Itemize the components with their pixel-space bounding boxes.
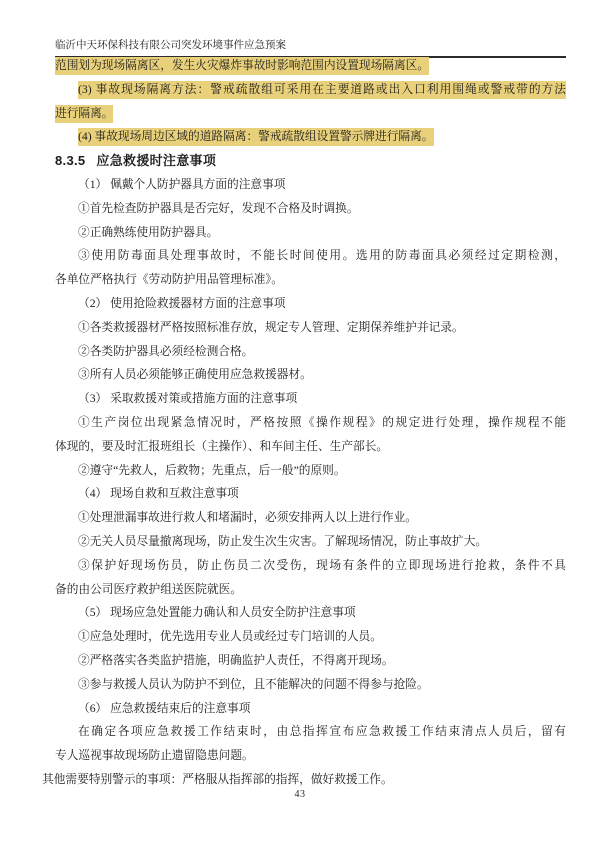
header-title: 临沂中天环保科技有限公司突发环境事件应急预案 bbox=[55, 40, 286, 51]
page-footer: 43 bbox=[0, 789, 600, 800]
text-line: （2） 使用抢险救援器材方面的注意事项 bbox=[55, 292, 566, 316]
highlight: 进行隔离。 bbox=[55, 105, 113, 123]
text-line: 在确定各项应急救援工作结束时，由总指挥宣布应急救援工作结束清点人员后，留有 bbox=[55, 720, 566, 744]
text-line: （3） 采取救援对策或措施方面的注意事项 bbox=[55, 387, 566, 411]
text-line: ①应急处理时，优先选用专业人员或经过专门培训的人员。 bbox=[55, 625, 566, 649]
highlight: (4) 事故现场周边区域的道路隔离：警戒疏散组设置警示牌进行隔离。 bbox=[78, 128, 434, 146]
text-line: （1） 佩戴个人防护器具方面的注意事项 bbox=[55, 173, 566, 197]
highlight: 范围划为现场隔离区，发生火灾爆炸事故时影响范围内设置现场隔离区。 bbox=[55, 57, 429, 75]
text-line: ②正确熟练使用防护器具。 bbox=[55, 221, 566, 245]
text-line: ①处理泄漏事故进行救人和堵漏时，必须安排两人以上进行作业。 bbox=[55, 506, 566, 530]
document-body: 范围划为现场隔离区，发生火灾爆炸事故时影响范围内设置现场隔离区。(3) 事故现场… bbox=[55, 54, 566, 792]
text-line: ①生产岗位出现紧急情况时，严格按照《操作规程》的规定进行处理，操作规程不能 bbox=[55, 411, 566, 435]
text-line: 范围划为现场隔离区，发生火灾爆炸事故时影响范围内设置现场隔离区。 bbox=[55, 54, 566, 78]
text-line: 进行隔离。 bbox=[55, 102, 566, 126]
text-line: ①各类救援器材严格按照标准存放，规定专人管理、定期保养维护并记录。 bbox=[55, 316, 566, 340]
text-line: 备的由公司医疗救护组送医院就医。 bbox=[55, 578, 566, 602]
text-line: （5） 现场应急处置能力确认和人员安全防护注意事项 bbox=[55, 601, 566, 625]
text-line: ②严格落实各类监护措施，明确监护人责任，不得离开现场。 bbox=[55, 649, 566, 673]
text-line: (4) 事故现场周边区域的道路隔离：警戒疏散组设置警示牌进行隔离。 bbox=[55, 125, 566, 149]
text-line: ③参与救援人员认为防护不到位，且不能解决的问题不得参与抢险。 bbox=[55, 673, 566, 697]
page-number: 43 bbox=[295, 789, 306, 800]
text-line: ②无关人员尽量撤离现场，防止发生次生灾害。了解现场情况，防止事故扩大。 bbox=[55, 530, 566, 554]
text-line: ③保护好现场伤员，防止伤员二次受伤，现场有条件的立即现场进行抢救，条件不具 bbox=[55, 554, 566, 578]
section-heading: 8.3.5应急救援时注意事项 bbox=[55, 149, 566, 173]
text-line: ①首先检查防护器具是否完好，发现不合格及时调换。 bbox=[55, 197, 566, 221]
text-line: 专人巡视事故现场防止遗留隐患问题。 bbox=[55, 744, 566, 768]
section-title: 应急救援时注意事项 bbox=[96, 153, 216, 168]
document-page: 临沂中天环保科技有限公司突发环境事件应急预案 范围划为现场隔离区，发生火灾爆炸事… bbox=[0, 0, 600, 848]
section-number: 8.3.5 bbox=[55, 153, 85, 168]
text-line: （4） 现场自救和互救注意事项 bbox=[55, 482, 566, 506]
text-line: 各单位严格执行《劳动防护用品管理标准》。 bbox=[55, 268, 566, 292]
text-line: ②遵守“先救人，后救物；先重点，后一般”的原则。 bbox=[55, 459, 566, 483]
text-line: ③使用防毒面具处理事故时，不能长时间使用。选用的防毒面具必须经过定期检测， bbox=[55, 244, 566, 268]
text-line: 体现的，要及时汇报班组长（主操作）、和车间主任、生产部长。 bbox=[55, 435, 566, 459]
highlight: (3) 事故现场隔离方法：警戒疏散组可采用在主要道路或出入口利用围绳或警戒带的方… bbox=[78, 81, 566, 99]
text-line: （6） 应急救援结束后的注意事项 bbox=[55, 697, 566, 721]
text-line: ②各类防护器具必须经检测合格。 bbox=[55, 340, 566, 364]
text-line: (3) 事故现场隔离方法：警戒疏散组可采用在主要道路或出入口利用围绳或警戒带的方… bbox=[55, 78, 566, 102]
text-line: ③所有人员必须能够正确使用应急救援器材。 bbox=[55, 363, 566, 387]
